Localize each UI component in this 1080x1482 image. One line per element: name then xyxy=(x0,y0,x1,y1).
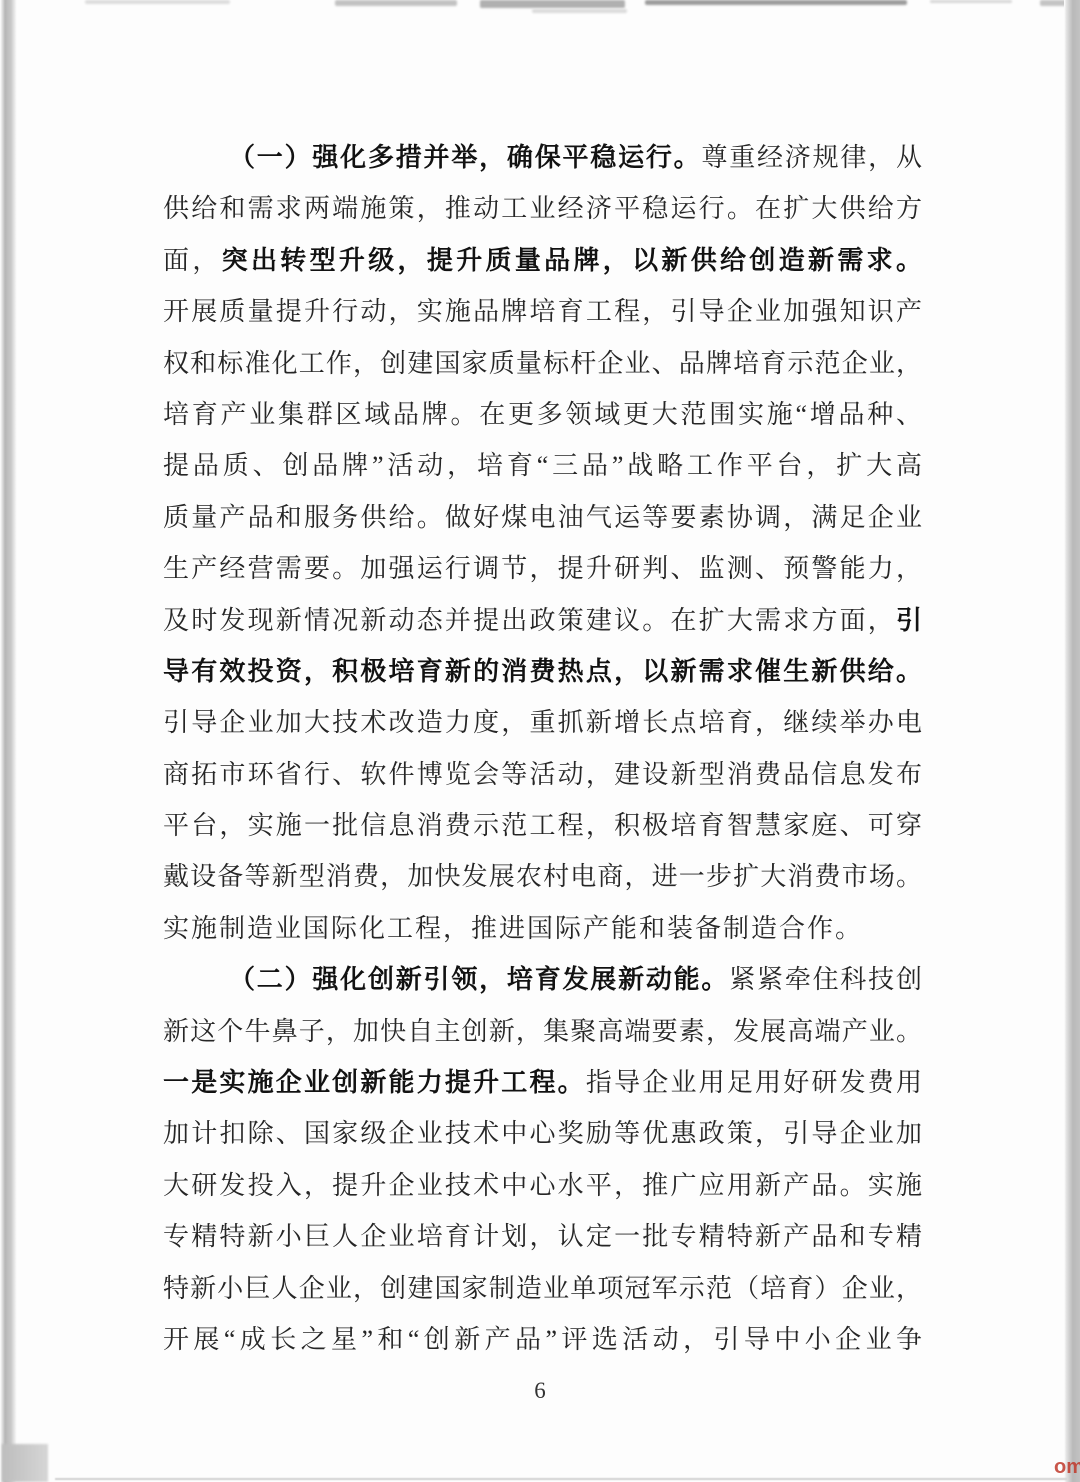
text-line-21: 大研发投入，提升企业技术中心水平，推广应用新产品。实施 xyxy=(163,1160,923,1211)
text-line-1: （一）强化多措并举，确保平稳运行。尊重经济规律，从 xyxy=(163,132,923,183)
text-segment: 提品质、创品牌”活动，培育“三品”战略工作平台，扩大高 xyxy=(163,451,923,480)
text-segment: 开展质量提升行动，实施品牌培育工程，引导企业加强知识产 xyxy=(163,297,923,326)
text-segment: 新这个牛鼻子，加快自主创新，集聚高端要素，发展高端产业。 xyxy=(163,1017,923,1046)
text-segment: 生产经营需要。加强运行调节，提升研判、监测、预警能力， xyxy=(163,554,923,583)
text-segment: 开展“成长之星”和“创新产品”评选活动，引导中小企业争 xyxy=(163,1325,923,1354)
text-segment: 平台，实施一批信息消费示范工程，积极培育智慧家庭、可穿 xyxy=(163,811,923,840)
text-line-15: 戴设备等新型消费，加快发展农村电商，进一步扩大消费市场。 xyxy=(163,851,923,902)
text-segment-bold: （一）强化多措并举，确保平稳运行。 xyxy=(229,143,701,172)
text-line-14: 平台，实施一批信息消费示范工程，积极培育智慧家庭、可穿 xyxy=(163,800,923,851)
text-line-16: 实施制造业国际化工程，推进国际产能和装备制造合作。 xyxy=(163,903,923,954)
scan-bottom-line xyxy=(55,1478,1067,1480)
text-line-2: 供给和需求两端施策，推动工业经济平稳运行。在扩大供给方 xyxy=(163,183,923,234)
text-segment: 尊重经济规律，从 xyxy=(701,143,923,172)
text-segment: 质量产品和服务供给。做好煤电油气运等要素协调，满足企业 xyxy=(163,503,923,532)
text-line-23: 特新小巨人企业，创建国家制造业单项冠军示范（培育）企业， xyxy=(163,1263,923,1314)
text-line-5: 权和标准化工作，创建国家质量标杆企业、品牌培育示范企业， xyxy=(163,338,923,389)
text-line-19: 一是实施企业创新能力提升工程。指导企业用足用好研发费用 xyxy=(163,1057,923,1108)
text-segment-bold: 引 xyxy=(896,606,923,635)
text-line-17: （二）强化创新引领，培育发展新动能。紧紧牵住科技创 xyxy=(163,954,923,1005)
text-segment: 紧紧牵住科技创 xyxy=(729,965,923,994)
scan-artifact-top-3 xyxy=(480,0,625,8)
text-segment: 专精特新小巨人企业培育计划，认定一批专精特新产品和专精 xyxy=(163,1222,923,1251)
scan-corner-bottom-left xyxy=(2,1444,48,1482)
text-segment: 及时发现新情况新动态并提出政策建议。在扩大需求方面， xyxy=(163,606,896,635)
text-line-6: 培育产业集群区域品牌。在更多领域更大范围实施“增品种、 xyxy=(163,389,923,440)
text-line-7: 提品质、创品牌”活动，培育“三品”战略工作平台，扩大高 xyxy=(163,440,923,491)
text-line-24: 开展“成长之星”和“创新产品”评选活动，引导中小企业争 xyxy=(163,1314,923,1365)
text-segment: 供给和需求两端施策，推动工业经济平稳运行。在扩大供给方 xyxy=(163,194,923,223)
text-line-8: 质量产品和服务供给。做好煤电油气运等要素协调，满足企业 xyxy=(163,492,923,543)
text-line-9: 生产经营需要。加强运行调节，提升研判、监测、预警能力， xyxy=(163,543,923,594)
scan-edge-right xyxy=(1064,0,1080,1482)
scan-edge-left xyxy=(0,0,17,1482)
scan-artifact-top-4 xyxy=(532,9,627,13)
text-segment: 实施制造业国际化工程，推进国际产能和装备制造合作。 xyxy=(163,914,863,943)
text-segment: 引导企业加大技术改造力度，重抓新增长点培育，继续举办电 xyxy=(163,708,923,737)
text-line-12: 引导企业加大技术改造力度，重抓新增长点培育，继续举办电 xyxy=(163,697,923,748)
text-line-4: 开展质量提升行动，实施品牌培育工程，引导企业加强知识产 xyxy=(163,286,923,337)
text-segment: 加计扣除、国家级企业技术中心奖励等优惠政策，引导企业加 xyxy=(163,1119,923,1148)
text-segment: 权和标准化工作，创建国家质量标杆企业、品牌培育示范企业， xyxy=(163,349,923,378)
text-line-3: 面，突出转型升级，提升质量品牌，以新供给创造新需求。 xyxy=(163,235,923,286)
scan-artifact-top-5 xyxy=(645,0,907,5)
text-segment-bold: 一是实施企业创新能力提升工程。 xyxy=(163,1068,586,1097)
scan-artifact-top-2 xyxy=(335,0,457,6)
text-line-13: 商拓市环省行、软件博览会等活动，建设新型消费品信息发布 xyxy=(163,749,923,800)
text-line-22: 专精特新小巨人企业培育计划，认定一批专精特新产品和专精 xyxy=(163,1211,923,1262)
text-segment: 大研发投入，提升企业技术中心水平，推广应用新产品。实施 xyxy=(163,1171,923,1200)
text-segment-bold: 突出转型升级，提升质量品牌，以新供给创造新需求。 xyxy=(222,246,923,275)
text-block: （一）强化多措并举，确保平稳运行。尊重经济规律，从供给和需求两端施策，推动工业经… xyxy=(163,132,923,1365)
text-segment: 戴设备等新型消费，加快发展农村电商，进一步扩大消费市场。 xyxy=(163,862,923,891)
scan-artifact-top-6 xyxy=(930,0,1012,3)
text-line-10: 及时发现新情况新动态并提出政策建议。在扩大需求方面，引 xyxy=(163,595,923,646)
page: （一）强化多措并举，确保平稳运行。尊重经济规律，从供给和需求两端施策，推动工业经… xyxy=(0,0,1080,1482)
text-segment: 商拓市环省行、软件博览会等活动，建设新型消费品信息发布 xyxy=(163,760,923,789)
text-segment: 面， xyxy=(163,246,222,275)
text-segment: 指导企业用足用好研发费用 xyxy=(586,1068,923,1097)
watermark: om xyxy=(1054,1456,1080,1479)
text-segment-bold: 导有效投资，积极培育新的消费热点，以新需求催生新供给。 xyxy=(163,657,923,686)
text-segment: 特新小巨人企业，创建国家制造业单项冠军示范（培育）企业， xyxy=(163,1274,923,1303)
text-segment: 培育产业集群区域品牌。在更多领域更大范围实施“增品种、 xyxy=(163,400,923,429)
scan-artifact-top-1 xyxy=(85,0,230,4)
text-line-18: 新这个牛鼻子，加快自主创新，集聚高端要素，发展高端产业。 xyxy=(163,1006,923,1057)
text-line-20: 加计扣除、国家级企业技术中心奖励等优惠政策，引导企业加 xyxy=(163,1108,923,1159)
text-segment-bold: （二）强化创新引领，培育发展新动能。 xyxy=(229,965,729,994)
text-line-11: 导有效投资，积极培育新的消费热点，以新需求催生新供给。 xyxy=(163,646,923,697)
page-number: 6 xyxy=(0,1378,1080,1404)
